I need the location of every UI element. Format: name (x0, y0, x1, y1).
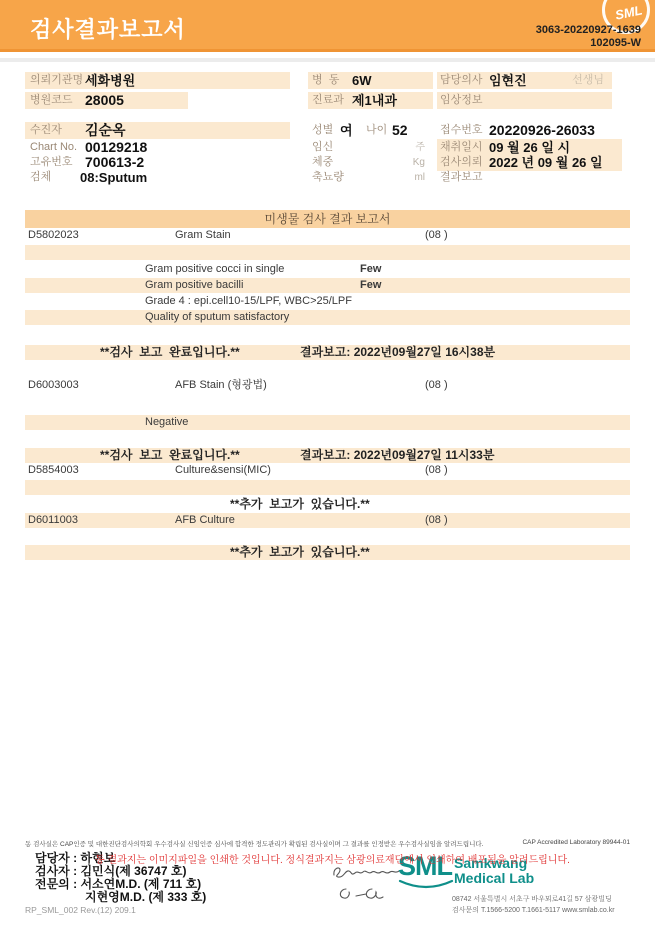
test-row: D6003003 AFB Stain (형광법) (08 ) (25, 378, 630, 393)
header-divider (0, 58, 655, 62)
test-note: (08 ) (425, 228, 448, 243)
field-patient-name: 수진자 김순옥 (25, 122, 290, 139)
test-note: (08 ) (425, 378, 448, 393)
field-department: 진료과 제1내과 (308, 92, 433, 109)
test-name: AFB Stain (형광법) (175, 378, 267, 393)
result-row: Negative (25, 415, 630, 430)
signature-second (336, 885, 386, 908)
complete-message: **검사 보고 완료입니다.** (100, 448, 240, 463)
additional-message: **추가 보고가 있습니다.** (230, 497, 370, 512)
field-result-report: 결과보고 (437, 169, 622, 186)
field-doctor: 담당의사 임현진 선생님 (437, 72, 612, 89)
test-code: D6003003 (28, 378, 79, 393)
doc-number-line1: 3063-20220927-1639 (536, 24, 641, 37)
staff-line-specialist2: 지현영M.D. (제 333 호) (85, 888, 206, 905)
field-requesting-org: 의뢰기관명 세화병원 (25, 72, 290, 89)
test-name: AFB Culture (175, 513, 235, 528)
complete-message: **검사 보고 완료입니다.** (100, 345, 240, 360)
result-row: Grade 4 : epi.cell10-15/LPF, WBC>25/LPF (25, 294, 630, 309)
test-code: D5854003 (28, 463, 79, 478)
result-name: Quality of sputum satisfactory (145, 310, 289, 325)
test-row: D5854003 Culture&sensi(MIC) (08 ) (25, 463, 630, 478)
additional-row: **추가 보고가 있습니다.** (25, 545, 630, 560)
test-code: D6011003 (28, 513, 78, 528)
doc-number-line2: 102095-W (536, 37, 641, 50)
sml-logo-swoosh-icon (398, 879, 454, 891)
result-name: Gram positive cocci in single (145, 262, 284, 277)
report-time: 결과보고: 2022년09월27일 16시38분 (300, 345, 495, 360)
additional-message: **추가 보고가 있습니다.** (230, 545, 370, 560)
field-clinical-info: 임상정보 (437, 92, 612, 109)
test-name: Gram Stain (175, 228, 231, 243)
field-sex-age: 성별 여 나이 52 (308, 122, 433, 139)
complete-row: **검사 보고 완료입니다.** 결과보고: 2022년09월27일 11시33… (25, 448, 630, 463)
result-value: Few (360, 278, 381, 293)
form-code: RP_SML_002 Rev.(12) 209.1 (25, 905, 136, 915)
result-name: Gram positive bacilli (145, 278, 243, 293)
complete-row: **검사 보고 완료입니다.** 결과보고: 2022년09월27일 16시38… (25, 345, 630, 360)
page-title: 검사결과보고서 (30, 13, 186, 44)
result-name: Negative (145, 415, 188, 430)
document-number: 3063-20220927-1639 102095-W (536, 24, 641, 50)
field-accession-no: 접수번호 20220926-26033 (437, 122, 622, 139)
lab-report-page: 검사결과보고서 SML 3063-20220927-1639 102095-W … (0, 0, 655, 925)
result-name: Grade 4 : epi.cell10-15/LPF, WBC>25/LPF (145, 294, 352, 309)
field-hospital-code: 병원코드 28005 (25, 92, 188, 109)
field-urine-volume: 축뇨량 ml (308, 169, 433, 186)
test-row: D5802023 Gram Stain (08 ) (25, 228, 630, 243)
lab-address: 08742 서울특별시 서초구 바우뫼로41길 57 삼광빌딩 (452, 894, 612, 904)
additional-row: **추가 보고가 있습니다.** (25, 497, 630, 512)
result-row: Quality of sputum satisfactory (25, 310, 630, 325)
accreditation-note: 동 검사실은 CAP인증 및 대한진단검사의학회 우수검사실 신임인증 심사에 … (25, 839, 483, 848)
result-value: Few (360, 262, 381, 277)
blank-row (25, 480, 630, 495)
test-note: (08 ) (425, 463, 448, 478)
test-note: (08 ) (425, 513, 448, 528)
result-row: Gram positive cocci in single Few (25, 262, 630, 277)
field-ward: 병 동 6W (308, 72, 433, 89)
report-time: 결과보고: 2022년09월27일 11시33분 (300, 448, 494, 463)
result-row: Gram positive bacilli Few (25, 278, 630, 293)
cap-accreditation-label: CAP Accredited Laboratory 89944-01 (522, 839, 630, 846)
table-title: 미생물 검사 결과 보고서 (25, 210, 630, 228)
red-notice: 동 결과지는 이미지파일을 인쇄한 것입니다. 정식결과지는 삼광의료재단에서 … (95, 851, 570, 866)
test-code: D5802023 (28, 228, 79, 243)
lab-contact: 검사문의 T.1566-5200 T.1661-5117 www.smlab.c… (452, 905, 615, 915)
test-row: D6011003 AFB Culture (08 ) (25, 513, 630, 528)
test-name: Culture&sensi(MIC) (175, 463, 271, 478)
field-specimen: 검체 08:Sputum (25, 169, 290, 186)
blank-row (25, 245, 630, 260)
